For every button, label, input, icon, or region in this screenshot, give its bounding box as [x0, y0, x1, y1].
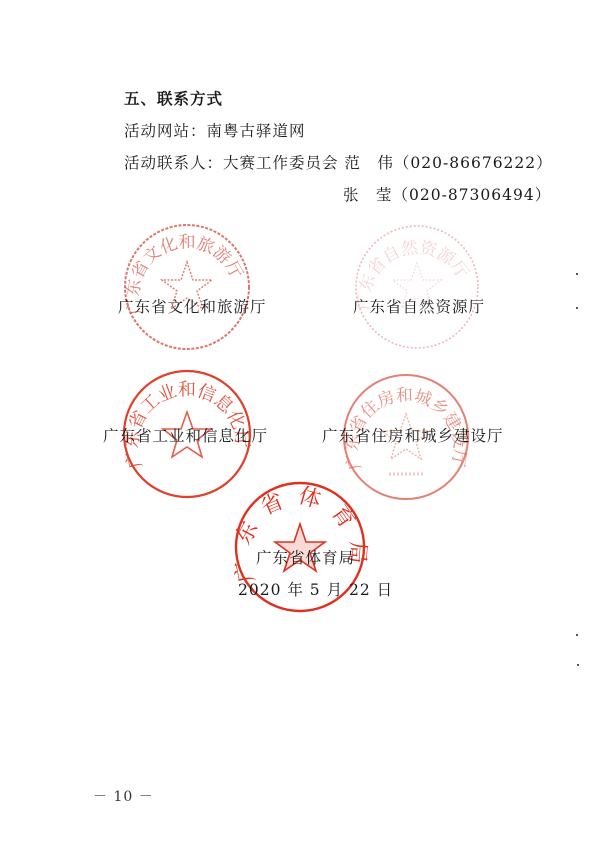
- org-natural-resources: 广东省自然资源厅: [353, 295, 485, 317]
- scan-mark: [576, 634, 578, 636]
- page-number: － 10 －: [93, 786, 154, 806]
- seal-natural-resources: 广东省自然资源厅: [353, 223, 481, 351]
- seal-culture-tourism: 广东省文化和旅游厅: [122, 222, 252, 352]
- document-date: 2020 年 5 月 22 日: [238, 578, 393, 600]
- contact-line-1: 活动联系人：大赛工作委员会 范 伟（020-86676222）: [124, 151, 553, 173]
- org-culture-tourism: 广东省文化和旅游厅: [118, 295, 267, 317]
- scan-mark: [577, 664, 579, 666]
- section-heading: 五、联系方式: [124, 87, 223, 109]
- seal-icon: 广东省自然资源厅: [353, 223, 481, 351]
- scan-mark: [576, 307, 578, 309]
- contact-line-2: 张 莹（020-87306494）: [343, 183, 551, 205]
- website-line: 活动网站：南粤古驿道网: [124, 119, 306, 141]
- scan-mark: [576, 273, 578, 275]
- org-sports-bureau: 广东省体育局: [256, 546, 355, 568]
- seal-icon: 广东省文化和旅游厅: [122, 222, 252, 352]
- org-housing-construction: 广东省住房和城乡建设厅: [322, 424, 504, 446]
- org-industry-it: 广东省工业和信息化厅: [103, 424, 268, 446]
